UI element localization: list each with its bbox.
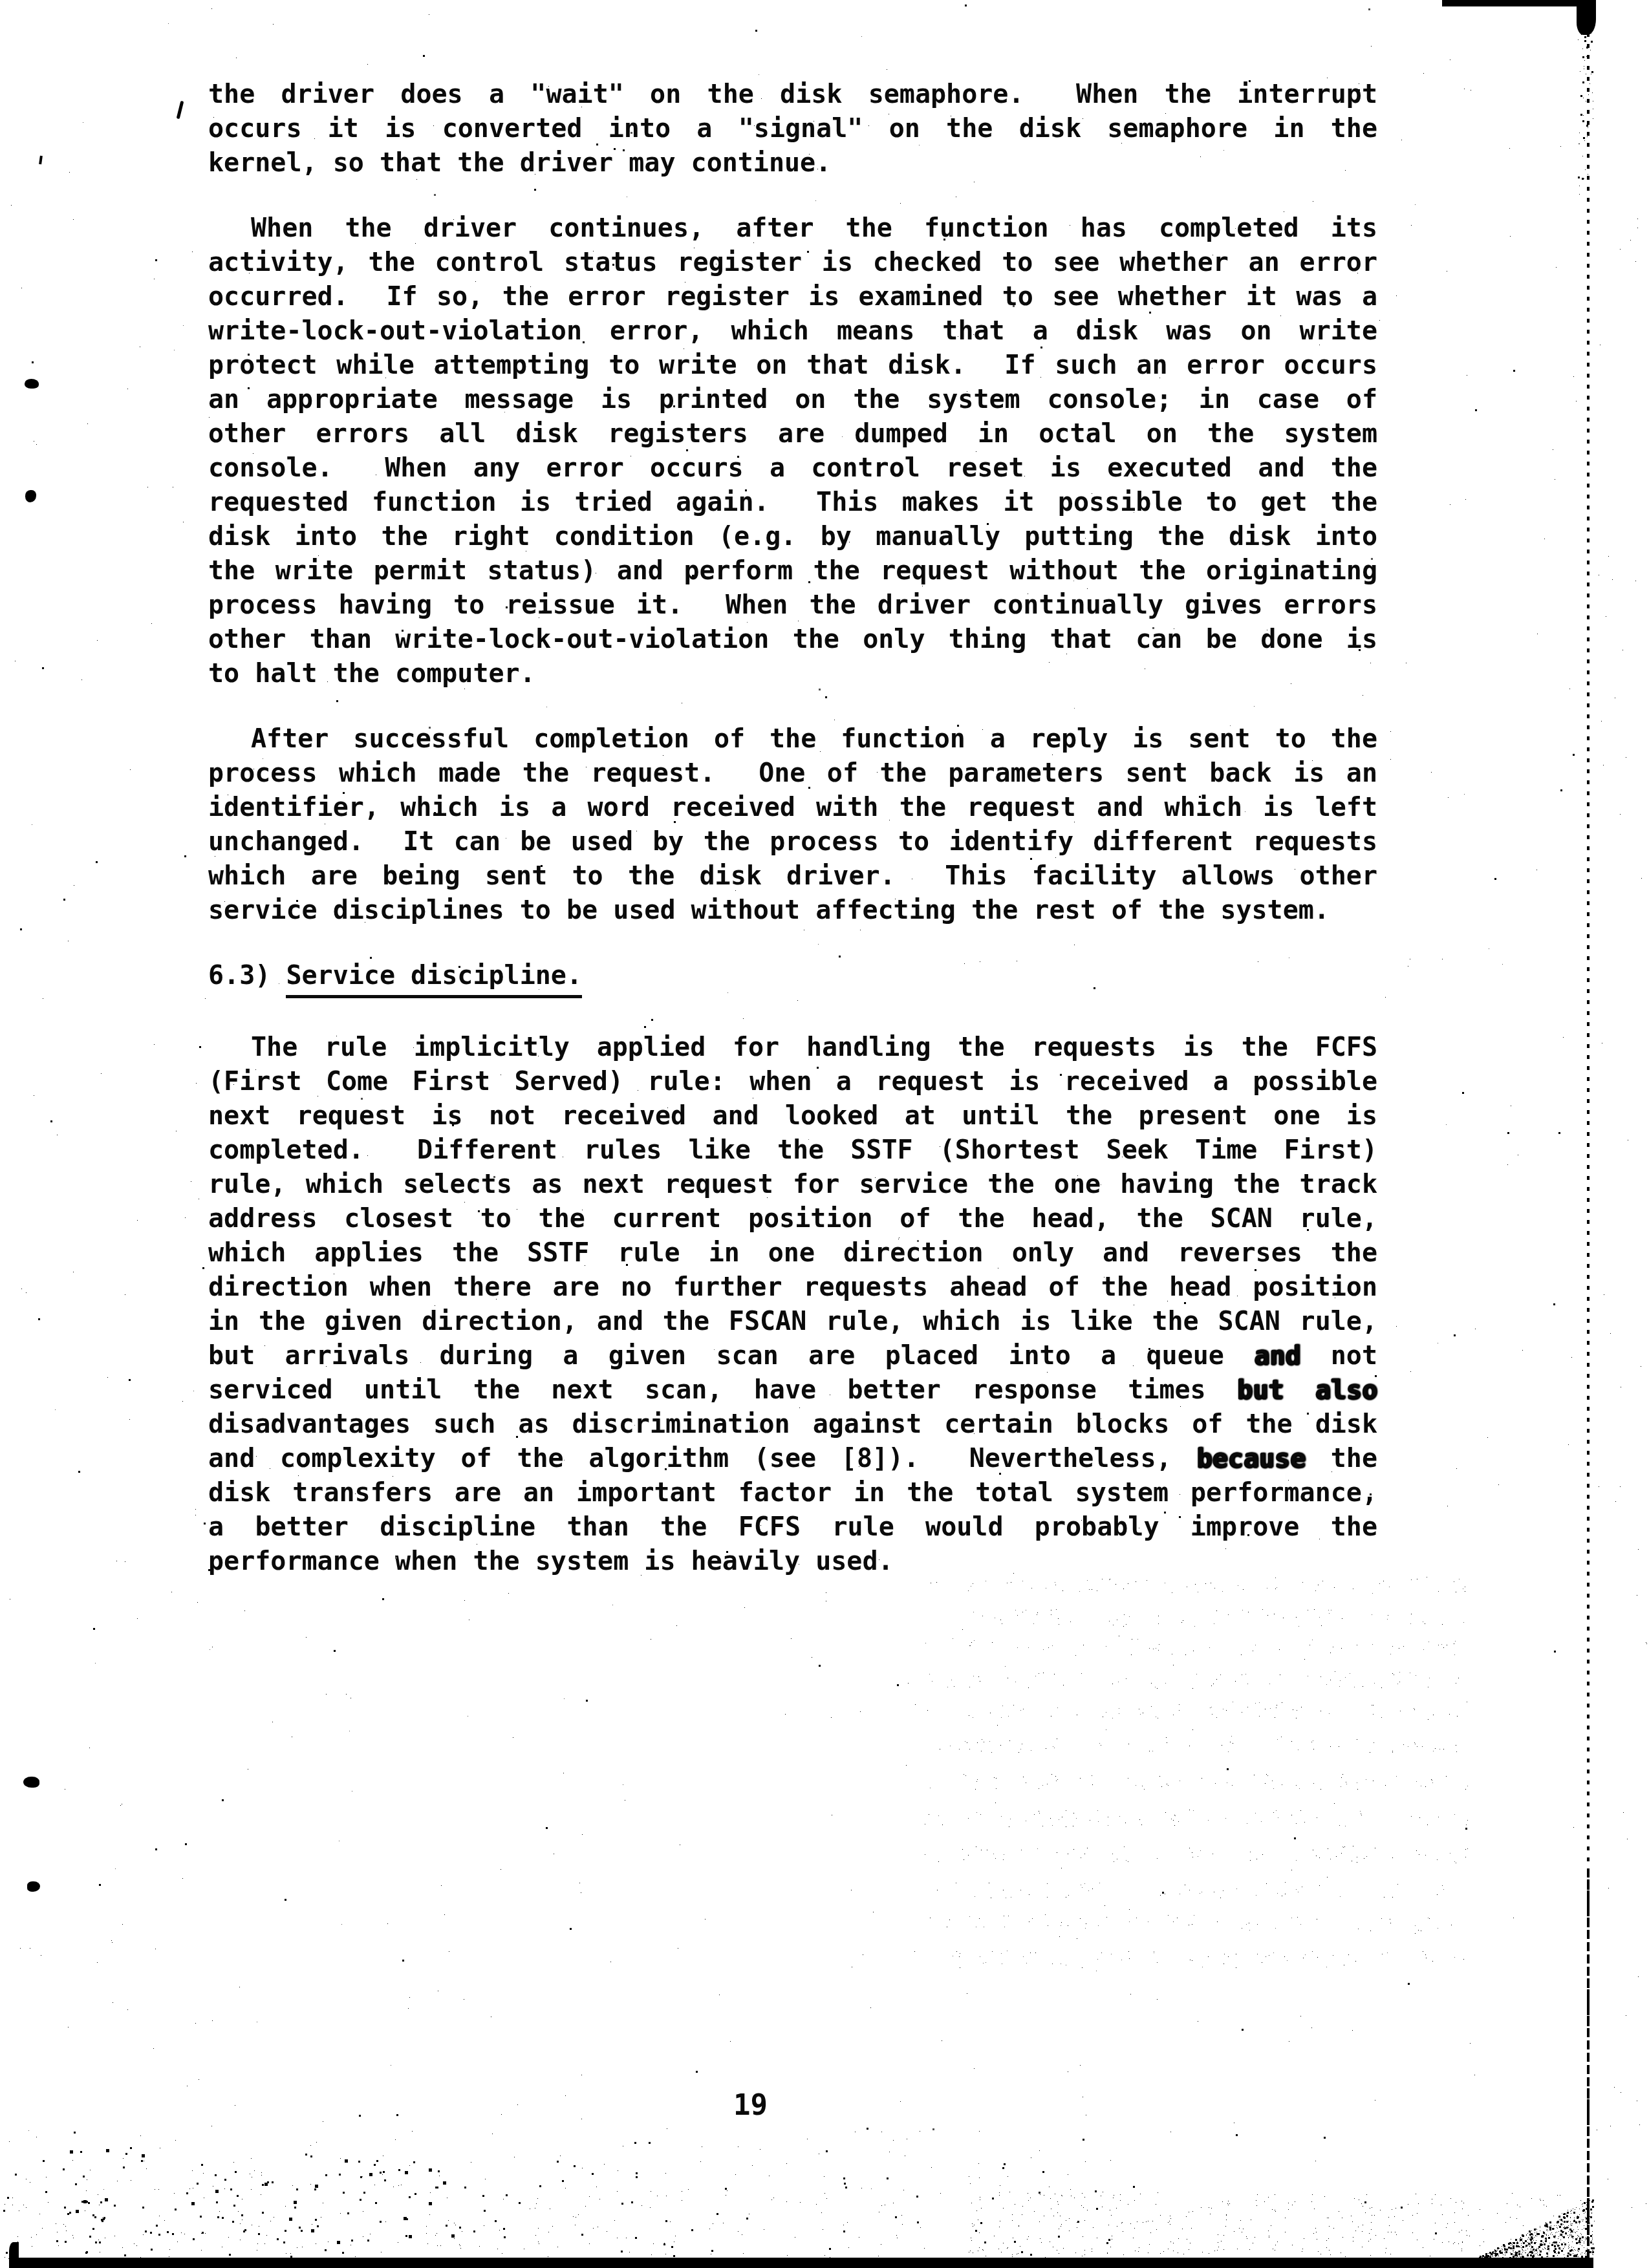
text-line: but arrivals during a given scan are pla… (208, 1339, 1377, 1373)
text-line: process having to reissue it. When the d… (208, 588, 1377, 623)
text-line: to halt the computer. (208, 657, 1377, 691)
text-line: next request is not received and looked … (208, 1099, 1377, 1133)
ink-mark (177, 101, 184, 119)
text-line: in the given direction, and the FSCAN ru… (208, 1305, 1377, 1339)
text-line: protect while attempting to write on tha… (208, 348, 1377, 383)
text-line: and complexity of the algorithm (see [8]… (208, 1442, 1377, 1476)
text-segment: not (1300, 1341, 1377, 1371)
text-line: performance when the system is heavily u… (208, 1545, 1377, 1579)
text-line: identifier, which is a word received wit… (208, 791, 1377, 825)
paragraph: After successful completion of the funct… (208, 722, 1377, 928)
text-line: serviced until the next scan, have bette… (208, 1373, 1377, 1407)
ink-blob (23, 1777, 39, 1788)
scan-edge-top-corner-blob (1577, 0, 1596, 35)
paragraph: When the driver continues, after the fun… (208, 211, 1377, 691)
text-line: console. When any error occurs a control… (208, 451, 1377, 486)
text-line: kernel, so that the driver may continue. (208, 146, 1377, 180)
ink-blob (27, 1881, 40, 1892)
text-segment: and complexity of the algorithm (see [8]… (208, 1444, 1196, 1473)
text-line: disk into the right condition (e.g. by m… (208, 520, 1377, 554)
text-line: The rule implicitly applied for handling… (208, 1031, 1377, 1065)
section-heading: 6.3) Service discipline. (208, 959, 1377, 998)
text-line: the write permit status) and perform the… (208, 554, 1377, 588)
text-line: (First Come First Served) rule: when a r… (208, 1065, 1377, 1099)
text-line: write-lock-out-violation error, which me… (208, 314, 1377, 348)
scan-edge-top-bar (1442, 0, 1596, 6)
text-segment: but arrivals during a given scan are pla… (208, 1341, 1254, 1371)
smudged-word: because (1196, 1444, 1306, 1473)
scan-edge-bottom-corner (9, 2242, 19, 2262)
text-line: disadvantages such as discrimination aga… (208, 1407, 1377, 1442)
text-column: the driver does a "wait" on the disk sem… (208, 78, 1377, 1610)
smudged-word: also (1315, 1375, 1377, 1405)
text-line: a better discipline than the FCFS rule w… (208, 1510, 1377, 1545)
text-line: disk transfers are an important factor i… (208, 1476, 1377, 1510)
scan-edge-bottom-bar (9, 2258, 1593, 2268)
text-line: unchanged. It can be used by the process… (208, 825, 1377, 859)
page-number: 19 (733, 2091, 768, 2121)
paragraph: The rule implicitly applied for handling… (208, 1031, 1377, 1579)
smudged-word: but (1237, 1375, 1284, 1405)
text-segment: the (1306, 1444, 1377, 1473)
text-line: which are being sent to the disk driver.… (208, 859, 1377, 893)
text-line: When the driver continues, after the fun… (208, 211, 1377, 246)
scan-page-edge-line-lower (1587, 1868, 1590, 2260)
smudged-word: and (1254, 1341, 1300, 1371)
text-line: After successful completion of the funct… (208, 722, 1377, 756)
scanned-page: the driver does a "wait" on the disk sem… (0, 0, 1649, 2268)
text-line: direction when there are no further requ… (208, 1270, 1377, 1305)
text-line: occurs it is converted into a "signal" o… (208, 112, 1377, 146)
text-line: other errors all disk registers are dump… (208, 417, 1377, 451)
text-line: other than write-lock-out-violation the … (208, 623, 1377, 657)
ink-mark (39, 156, 43, 164)
text-segment (1284, 1375, 1315, 1405)
text-line: which applies the SSTF rule in one direc… (208, 1236, 1377, 1270)
ink-blob (25, 379, 39, 389)
text-line: rule, which selects as next request for … (208, 1168, 1377, 1202)
section-number: 6.3) (208, 961, 286, 990)
text-line: service disciplines to be used without a… (208, 893, 1377, 928)
text-segment: serviced until the next scan, have bette… (208, 1375, 1237, 1405)
text-line: occurred. If so, the error register is e… (208, 280, 1377, 314)
text-line: activity, the control status register is… (208, 246, 1377, 280)
text-line: process which made the request. One of t… (208, 756, 1377, 791)
text-line: requested function is tried again. This … (208, 486, 1377, 520)
scan-speckle-field (0, 0, 1, 1)
text-line: an appropriate message is printed on the… (208, 383, 1377, 417)
text-line: completed. Different rules like the SSTF… (208, 1133, 1377, 1168)
text-line: the driver does a "wait" on the disk sem… (208, 78, 1377, 112)
paragraph: the driver does a "wait" on the disk sem… (208, 78, 1377, 180)
ink-blob (25, 490, 36, 502)
text-line: address closest to the current position … (208, 1202, 1377, 1236)
section-title: Service discipline. (286, 959, 582, 998)
